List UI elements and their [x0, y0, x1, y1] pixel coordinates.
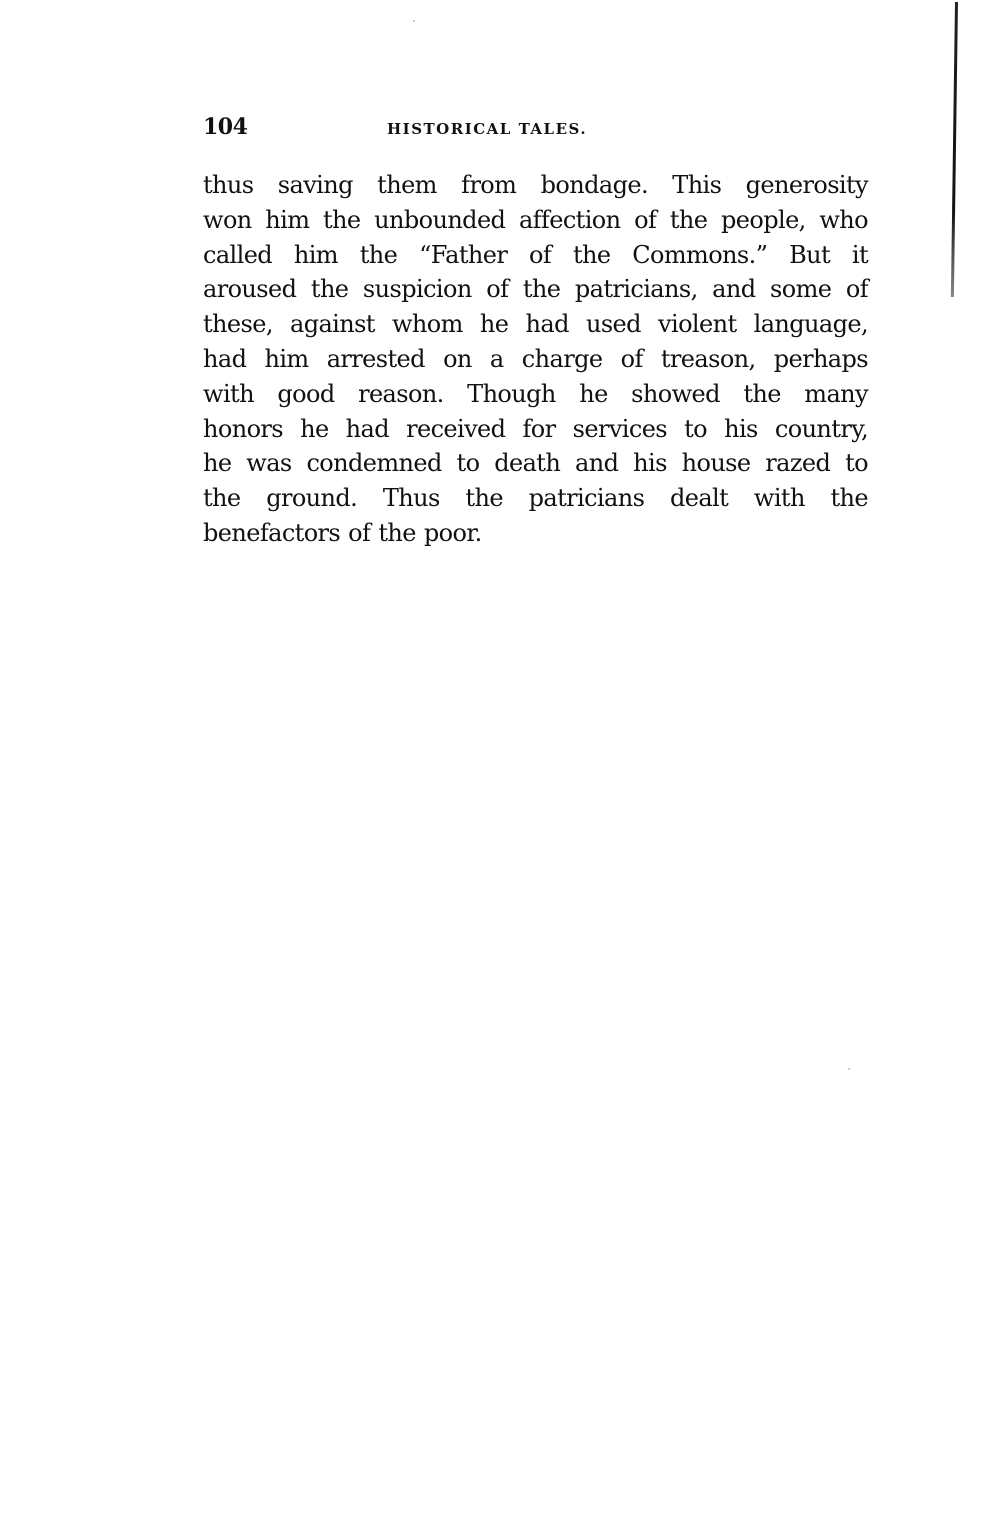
text-line: the ground. Thus the patricians dealt wi…: [203, 481, 868, 516]
text-line: with good reason. Though he showed the m…: [203, 377, 868, 412]
body-paragraph: thus saving them from bondage. This gene…: [203, 168, 868, 551]
text-line: aroused the suspicion of the patricians,…: [203, 272, 868, 307]
text-line: had him arrested on a charge of treason,…: [203, 342, 868, 377]
text-line: won him the unbounded affection of the p…: [203, 203, 868, 238]
page-number: 104: [203, 112, 247, 142]
text-line: he was condemned to death and his house …: [203, 446, 868, 481]
page-header: 104 HISTORICAL TALES.: [203, 112, 868, 142]
running-head: HISTORICAL TALES.: [387, 114, 587, 144]
scan-speck: [413, 20, 415, 22]
page-edge-line: [951, 2, 958, 297]
text-line: honors he had received for services to h…: [203, 412, 868, 447]
text-line-last: benefactors of the poor.: [203, 516, 868, 551]
text-line: these, against whom he had used violent …: [203, 307, 868, 342]
text-line: called him the “Father of the Commons.” …: [203, 238, 868, 273]
scan-speck: [848, 1068, 850, 1070]
text-line: thus saving them from bondage. This gene…: [203, 168, 868, 203]
